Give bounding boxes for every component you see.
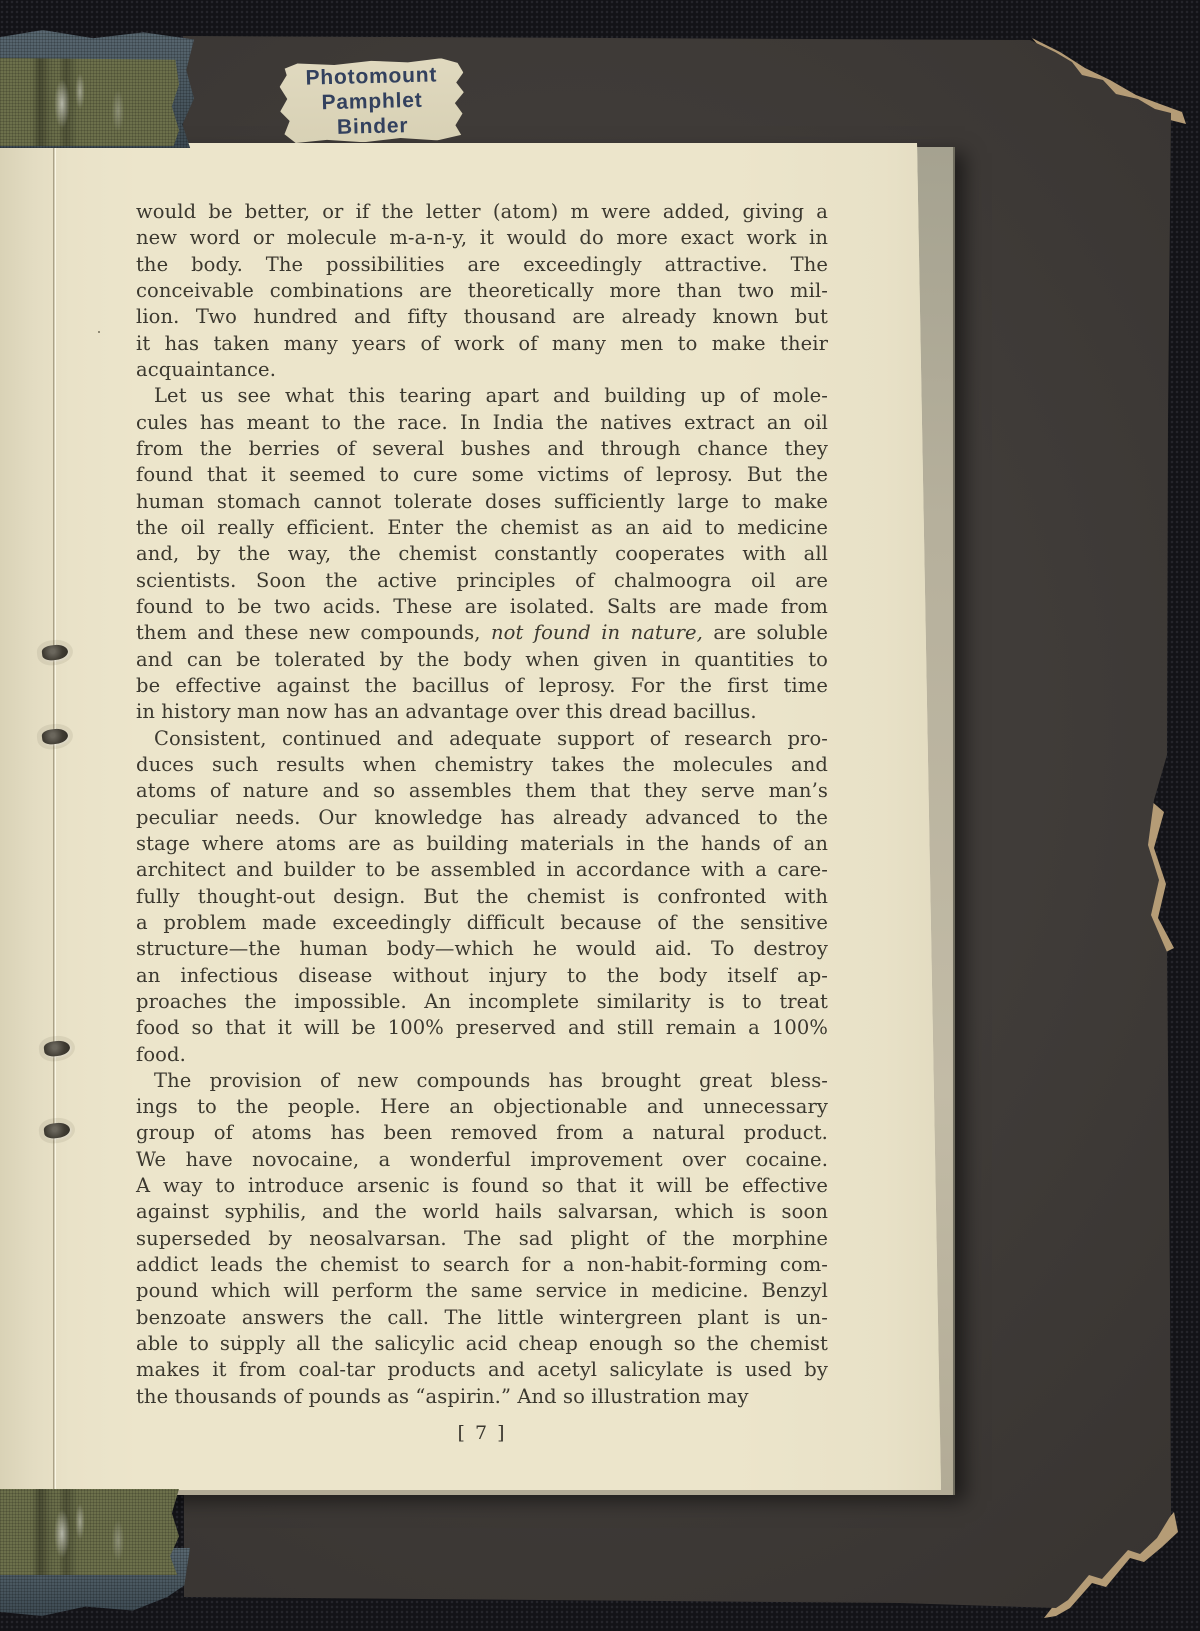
text-line: it has taken many years of work of many … [136, 331, 828, 357]
binding-staple [43, 1121, 71, 1139]
dust-speck [98, 331, 100, 333]
text-line: We have novocaine, a wonderful improveme… [136, 1147, 828, 1173]
text-line: fully thought-out design. But the chemis… [136, 884, 828, 910]
text-line: the oil really efficient. Enter the chem… [136, 515, 828, 541]
text-line: ings to the people. Here an objectionabl… [136, 1094, 828, 1120]
text-line: acquaintance. [136, 357, 828, 383]
text-line: a problem made exceedingly difficult bec… [136, 910, 828, 936]
text-line: makes it from coal-tar products and acet… [136, 1357, 828, 1383]
text-line: found that it seemed to cure some victim… [136, 462, 828, 488]
text-line: architect and builder to be assembled in… [136, 857, 828, 883]
text-line: superseded by neosalvarsan. The sad plig… [136, 1226, 828, 1252]
paragraph: The provision of new compounds has broug… [136, 1068, 828, 1410]
text-line: structure—the human body—which he would … [136, 936, 828, 962]
binder-label: Photomount Pamphlet Binder [279, 58, 465, 144]
text-line: would be better, or if the letter (atom)… [136, 199, 828, 225]
text-line: from the berries of several bushes and t… [136, 436, 828, 462]
text-line: be effective against the bacillus of lep… [136, 673, 828, 699]
text-line: new word or molecule m-a-n-y, it would d… [136, 225, 828, 251]
text-line: found to be two acids. These are isolate… [136, 594, 828, 620]
text-line: Consistent, continued and adequate suppo… [136, 726, 828, 752]
binder-label-line: Pamphlet [321, 87, 423, 114]
text-line: human stomach cannot tolerate doses suff… [136, 489, 828, 515]
text-line: and, by the way, the chemist constantly … [136, 541, 828, 567]
text-line: the thousands of pounds as “aspirin.” An… [136, 1384, 828, 1410]
text-line: scientists. Soon the active principles o… [136, 568, 828, 594]
text-line: The provision of new compounds has broug… [136, 1068, 828, 1094]
binder-label-line: Binder [337, 113, 409, 140]
text-line: addict leads the chemist to search for a… [136, 1252, 828, 1278]
text-line: stage where atoms are as building materi… [136, 831, 828, 857]
text-line: against syphilis, and the world hails sa… [136, 1199, 828, 1225]
text-line: food. [136, 1042, 828, 1068]
text-line: in history man now has an advantage over… [136, 699, 828, 725]
binder-label-line: Photomount [305, 62, 437, 90]
text-line: and can be tolerated by the body when gi… [136, 647, 828, 673]
text-line: A way to introduce arsenic is found so t… [136, 1173, 828, 1199]
text-line: them and these new compounds, not found … [136, 620, 828, 646]
text-line: peculiar needs. Our knowledge has alread… [136, 805, 828, 831]
text-line: cules has meant to the race. In India th… [136, 410, 828, 436]
text-line: lion. Two hundred and fifty thousand are… [136, 304, 828, 330]
green-binding-tape-bottom [0, 1489, 179, 1575]
paragraph: Let us see what this tearing apart and b… [136, 383, 828, 725]
paragraph: Consistent, continued and adequate suppo… [136, 726, 828, 1068]
text-line: group of atoms has been removed from a n… [136, 1120, 828, 1146]
text-line: duces such results when chemistry takes … [136, 752, 828, 778]
binding-staple [41, 727, 69, 745]
text-line: Let us see what this tearing apart and b… [136, 383, 828, 409]
text-line: the body. The possibilities are exceedin… [136, 252, 828, 278]
binding-staple [43, 1039, 71, 1057]
text-line: conceivable combinations are theoretical… [136, 278, 828, 304]
paragraph: would be better, or if the letter (atom)… [136, 199, 828, 383]
text-line: pound which will perform the same servic… [136, 1278, 828, 1304]
text-line: atoms of nature and so assembles them th… [136, 778, 828, 804]
text-line: able to supply all the salicylic acid ch… [136, 1331, 828, 1357]
text-line: food so that it will be 100% preserved a… [136, 1015, 828, 1041]
text-line: proaches the impossible. An incomplete s… [136, 989, 828, 1015]
page-fold-crease [53, 143, 56, 1490]
green-binding-tape-top [0, 58, 179, 146]
text-line: an infectious disease without injury to … [136, 963, 828, 989]
pamphlet-page: would be better, or if the letter (atom)… [0, 143, 941, 1490]
text-block: would be better, or if the letter (atom)… [136, 199, 828, 1410]
text-line: benzoate answers the call. The little wi… [136, 1305, 828, 1331]
scanned-pamphlet-photo: would be better, or if the letter (atom)… [0, 0, 1200, 1631]
binding-staple [41, 643, 69, 661]
page-number: [ 7 ] [136, 1422, 828, 1444]
